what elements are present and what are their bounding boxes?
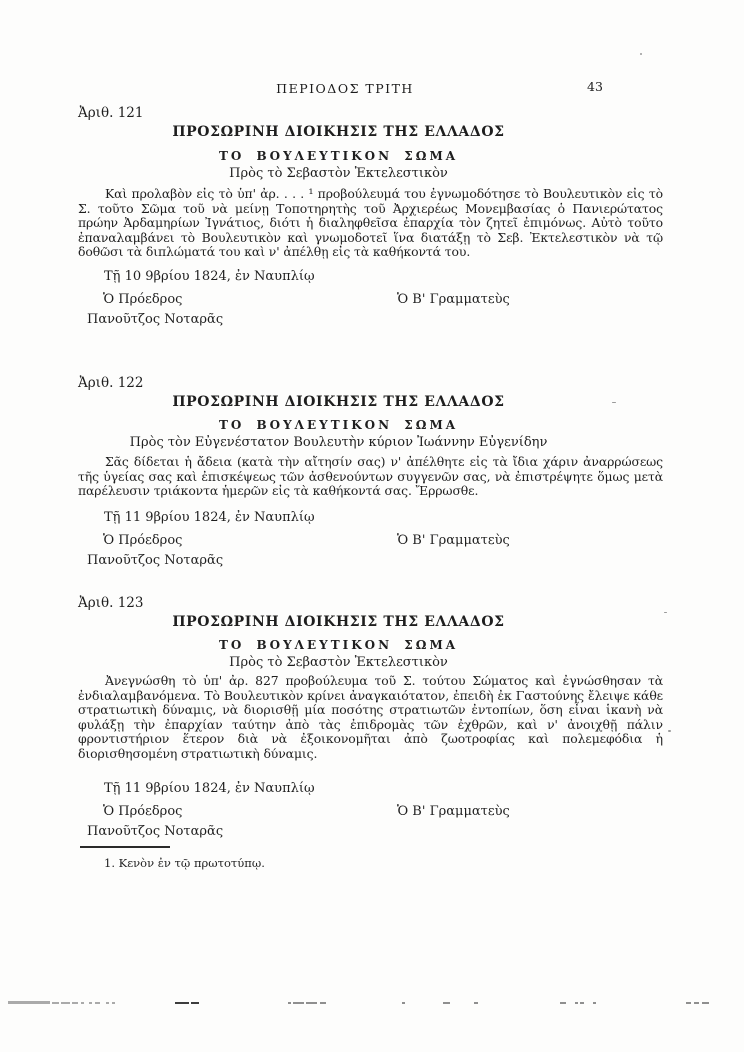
scan-speck bbox=[664, 612, 667, 613]
dateline: Τῇ 11 9βρίου 1824, ἐν Ναυπλίῳ bbox=[78, 510, 663, 525]
scan-speck bbox=[668, 730, 671, 732]
signature-secretary-title: Ὁ Β' Γραμματεὺς bbox=[397, 804, 510, 819]
document-subtitle: ΤΟ ΒΟΥΛΕΥΤΙΚΟΝ ΣΩΜΑ bbox=[78, 638, 663, 652]
scan-dash bbox=[175, 1002, 189, 1004]
scan-dash bbox=[694, 1002, 699, 1004]
scan-dash bbox=[306, 1002, 317, 1004]
signature-name: Πανοῦτζος Νοταρᾶς bbox=[78, 824, 663, 839]
scan-dash bbox=[61, 1002, 70, 1004]
dateline: Τῇ 11 9βρίου 1824, ἐν Ναυπλίῳ bbox=[78, 781, 663, 796]
scan-dash bbox=[402, 1002, 405, 1004]
signature-row: Ὁ Πρόεδρος Ὁ Β' Γραμματεὺς bbox=[78, 804, 663, 819]
document-title: ΠΡΟΣΩΡΙΝΗ ΔΙΟΙΚΗΣΙΣ ΤΗΣ ΕΛΛΑΔΟΣ bbox=[78, 393, 663, 411]
scan-dash bbox=[81, 1002, 84, 1004]
scan-speck bbox=[612, 402, 616, 403]
signature-president-title: Ὁ Πρόεδρος bbox=[78, 292, 182, 307]
scan-dash bbox=[293, 1002, 304, 1004]
page-number: 43 bbox=[583, 79, 607, 94]
scan-dash bbox=[593, 1002, 596, 1004]
scan-dash bbox=[474, 1002, 478, 1004]
scan-dash bbox=[443, 1002, 450, 1004]
document-salutation: Πρὸς τὸν Εὐγενέστατον Βουλευτὴν κύριον Ἰ… bbox=[78, 435, 663, 450]
signature-name: Πανοῦτζος Νοταρᾶς bbox=[78, 553, 663, 568]
document-salutation: Πρὸς τὸ Σεβαστὸν Ἐκτελεστικὸν bbox=[78, 166, 663, 181]
scan-dash bbox=[560, 1002, 566, 1004]
scan-dash bbox=[702, 1002, 709, 1004]
running-head: ΠΕΡΙΟΔΟΣ ΤΡΙΤΗ bbox=[276, 81, 414, 96]
document-number: Ἀριθ. 122 bbox=[78, 376, 663, 391]
scan-dash bbox=[288, 1002, 291, 1004]
scan-dash bbox=[320, 1002, 326, 1004]
document-subtitle: ΤΟ ΒΟΥΛΕΥΤΙΚΟΝ ΣΩΜΑ bbox=[78, 149, 663, 163]
scan-dash bbox=[191, 1002, 199, 1004]
document-body: Ἀνεγνώσθη τὸ ὑπ' ἀρ. 827 προβούλευμα τοῦ… bbox=[78, 674, 663, 761]
scan-dash bbox=[8, 1001, 50, 1004]
footnote-divider bbox=[80, 846, 170, 848]
document-122: Ἀριθ. 122 ΠΡΟΣΩΡΙΝΗ ΔΙΟΙΚΗΣΙΣ ΤΗΣ ΕΛΛΑΔΟ… bbox=[78, 376, 663, 568]
signature-president-title: Ὁ Πρόεδρος bbox=[78, 804, 182, 819]
document-body: Σᾶς δίδεται ἡ ἄδεια (κατὰ τὴν αἴτησίν σα… bbox=[78, 455, 663, 499]
scan-dash bbox=[95, 1002, 100, 1004]
scan-dash bbox=[575, 1002, 578, 1004]
document-salutation: Πρὸς τὸ Σεβαστὸν Ἐκτελεστικὸν bbox=[78, 655, 663, 670]
scan-speck bbox=[640, 53, 642, 55]
signature-secretary-title: Ὁ Β' Γραμματεὺς bbox=[397, 533, 510, 548]
dateline: Τῇ 10 9βρίου 1824, ἐν Ναυπλίῳ bbox=[78, 269, 663, 284]
scan-dash bbox=[72, 1002, 78, 1004]
scan-dash bbox=[52, 1002, 59, 1004]
scan-dash bbox=[580, 1002, 584, 1004]
document-123: Ἀριθ. 123 ΠΡΟΣΩΡΙΝΗ ΔΙΟΙΚΗΣΙΣ ΤΗΣ ΕΛΛΑΔΟ… bbox=[78, 596, 663, 839]
document-title: ΠΡΟΣΩΡΙΝΗ ΔΙΟΙΚΗΣΙΣ ΤΗΣ ΕΛΛΑΔΟΣ bbox=[78, 123, 663, 141]
scan-dash bbox=[89, 1002, 92, 1004]
footnote: 1. Κενὸν ἐν τῷ πρωτοτύπῳ. bbox=[104, 856, 265, 870]
signature-president-title: Ὁ Πρόεδρος bbox=[78, 533, 182, 548]
document-number: Ἀριθ. 123 bbox=[78, 596, 663, 611]
signature-row: Ὁ Πρόεδρος Ὁ Β' Γραμματεὺς bbox=[78, 533, 663, 548]
document-subtitle: ΤΟ ΒΟΥΛΕΥΤΙΚΟΝ ΣΩΜΑ bbox=[78, 418, 663, 432]
signature-name: Πανοῦτζος Νοταρᾶς bbox=[78, 312, 663, 327]
scanned-document-page: ΠΕΡΙΟΔΟΣ ΤΡΙΤΗ 43 Ἀριθ. 121 ΠΡΟΣΩΡΙΝΗ ΔΙ… bbox=[0, 0, 744, 1052]
document-number: Ἀριθ. 121 bbox=[78, 106, 663, 121]
scan-dash bbox=[686, 1002, 691, 1004]
signature-secretary-title: Ὁ Β' Γραμματεὺς bbox=[397, 292, 510, 307]
scan-dash bbox=[106, 1002, 109, 1004]
signature-row: Ὁ Πρόεδρος Ὁ Β' Γραμματεὺς bbox=[78, 292, 663, 307]
document-121: Ἀριθ. 121 ΠΡΟΣΩΡΙΝΗ ΔΙΟΙΚΗΣΙΣ ΤΗΣ ΕΛΛΑΔΟ… bbox=[78, 106, 663, 327]
scan-artifacts-row bbox=[0, 1001, 744, 1005]
scan-dash bbox=[112, 1002, 115, 1004]
document-body: Καὶ προλαβὸν εἰς τὸ ὑπ' ἀρ. . . . ¹ προβ… bbox=[78, 187, 663, 260]
document-title: ΠΡΟΣΩΡΙΝΗ ΔΙΟΙΚΗΣΙΣ ΤΗΣ ΕΛΛΑΔΟΣ bbox=[78, 613, 663, 631]
